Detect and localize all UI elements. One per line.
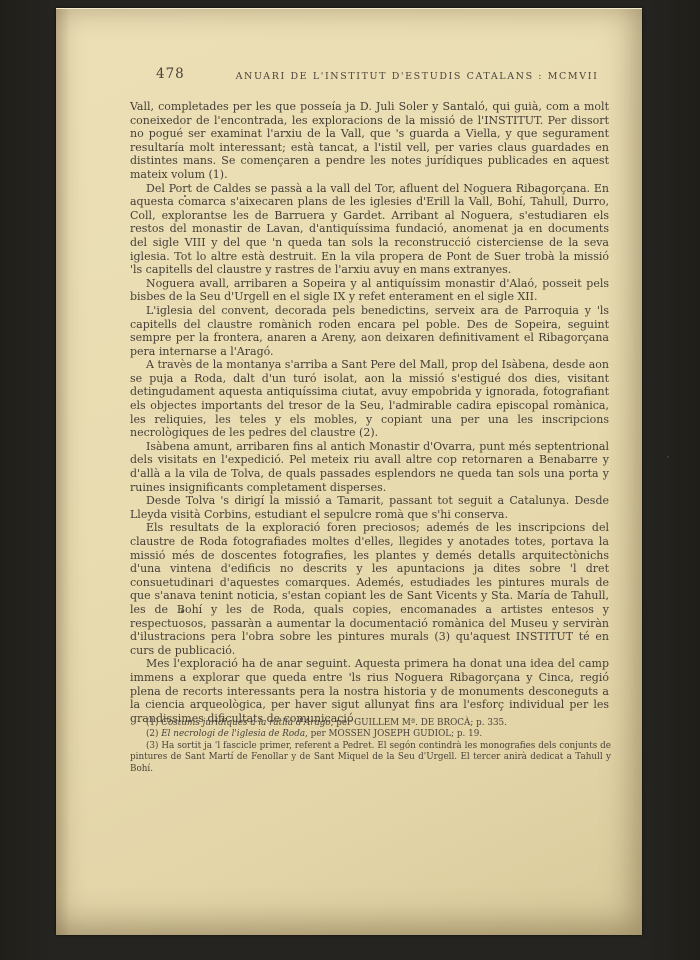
scan-speck xyxy=(181,610,184,613)
paragraph: Isàbena amunt, arribaren fins al antich … xyxy=(130,440,609,494)
footnotes: (1) Costums juridiques a la ratlla d'Ara… xyxy=(130,718,611,775)
footnote-marker: (3) xyxy=(146,741,158,751)
footnote-text: , per GUILLEM Mª. DE BROCÀ; p. 335. xyxy=(331,718,507,728)
paragraph: Noguera avall, arribaren a Sopeira y al … xyxy=(130,277,609,304)
scan-speck xyxy=(184,195,186,197)
footnote-text: , per MOSSEN JOSEPH GUDIOL; p. 19. xyxy=(305,729,482,739)
page-number: 478 xyxy=(156,66,185,82)
footnote-title: Costums juridiques a la ratlla d'Aragó xyxy=(161,718,330,728)
paragraph: Del Port de Caldes se passà a la vall de… xyxy=(130,182,609,277)
page-body: Vall, completades per les que posseía ja… xyxy=(130,100,609,725)
book-page: 478 ANUARI DE L'INSTITUT D'ESTUDIS CATAL… xyxy=(56,8,642,935)
paragraph: Desde Tolva 's dirigí la missió a Tamari… xyxy=(130,494,609,521)
footnote-text: Ha sortit ja 'l fascicle primer, referen… xyxy=(130,741,611,774)
paragraph: Mes l'exploració ha de anar seguint. Aqu… xyxy=(130,657,609,725)
paragraph: L'iglesia del convent, decorada pels ben… xyxy=(130,304,609,358)
scan-speck xyxy=(667,456,669,458)
footnote-marker: (1) xyxy=(146,718,158,728)
footnote-marker: (2) xyxy=(146,729,158,739)
footnote: (1) Costums juridiques a la ratlla d'Ara… xyxy=(130,718,611,729)
paragraph: Els resultats de la exploració foren pre… xyxy=(130,521,609,657)
footnote-title: El necrologi de l'iglesia de Roda xyxy=(161,729,305,739)
scan-background: 478 ANUARI DE L'INSTITUT D'ESTUDIS CATAL… xyxy=(0,0,700,960)
footnote: (2) El necrologi de l'iglesia de Roda, p… xyxy=(130,729,611,740)
footnote: (3) Ha sortit ja 'l fascicle primer, ref… xyxy=(130,741,611,775)
paragraph: A travès de la montanya s'arriba a Sant … xyxy=(130,358,609,440)
paragraph: Vall, completades per les que posseía ja… xyxy=(130,100,609,182)
running-title: ANUARI DE L'INSTITUT D'ESTUDIS CATALANS … xyxy=(216,71,618,82)
